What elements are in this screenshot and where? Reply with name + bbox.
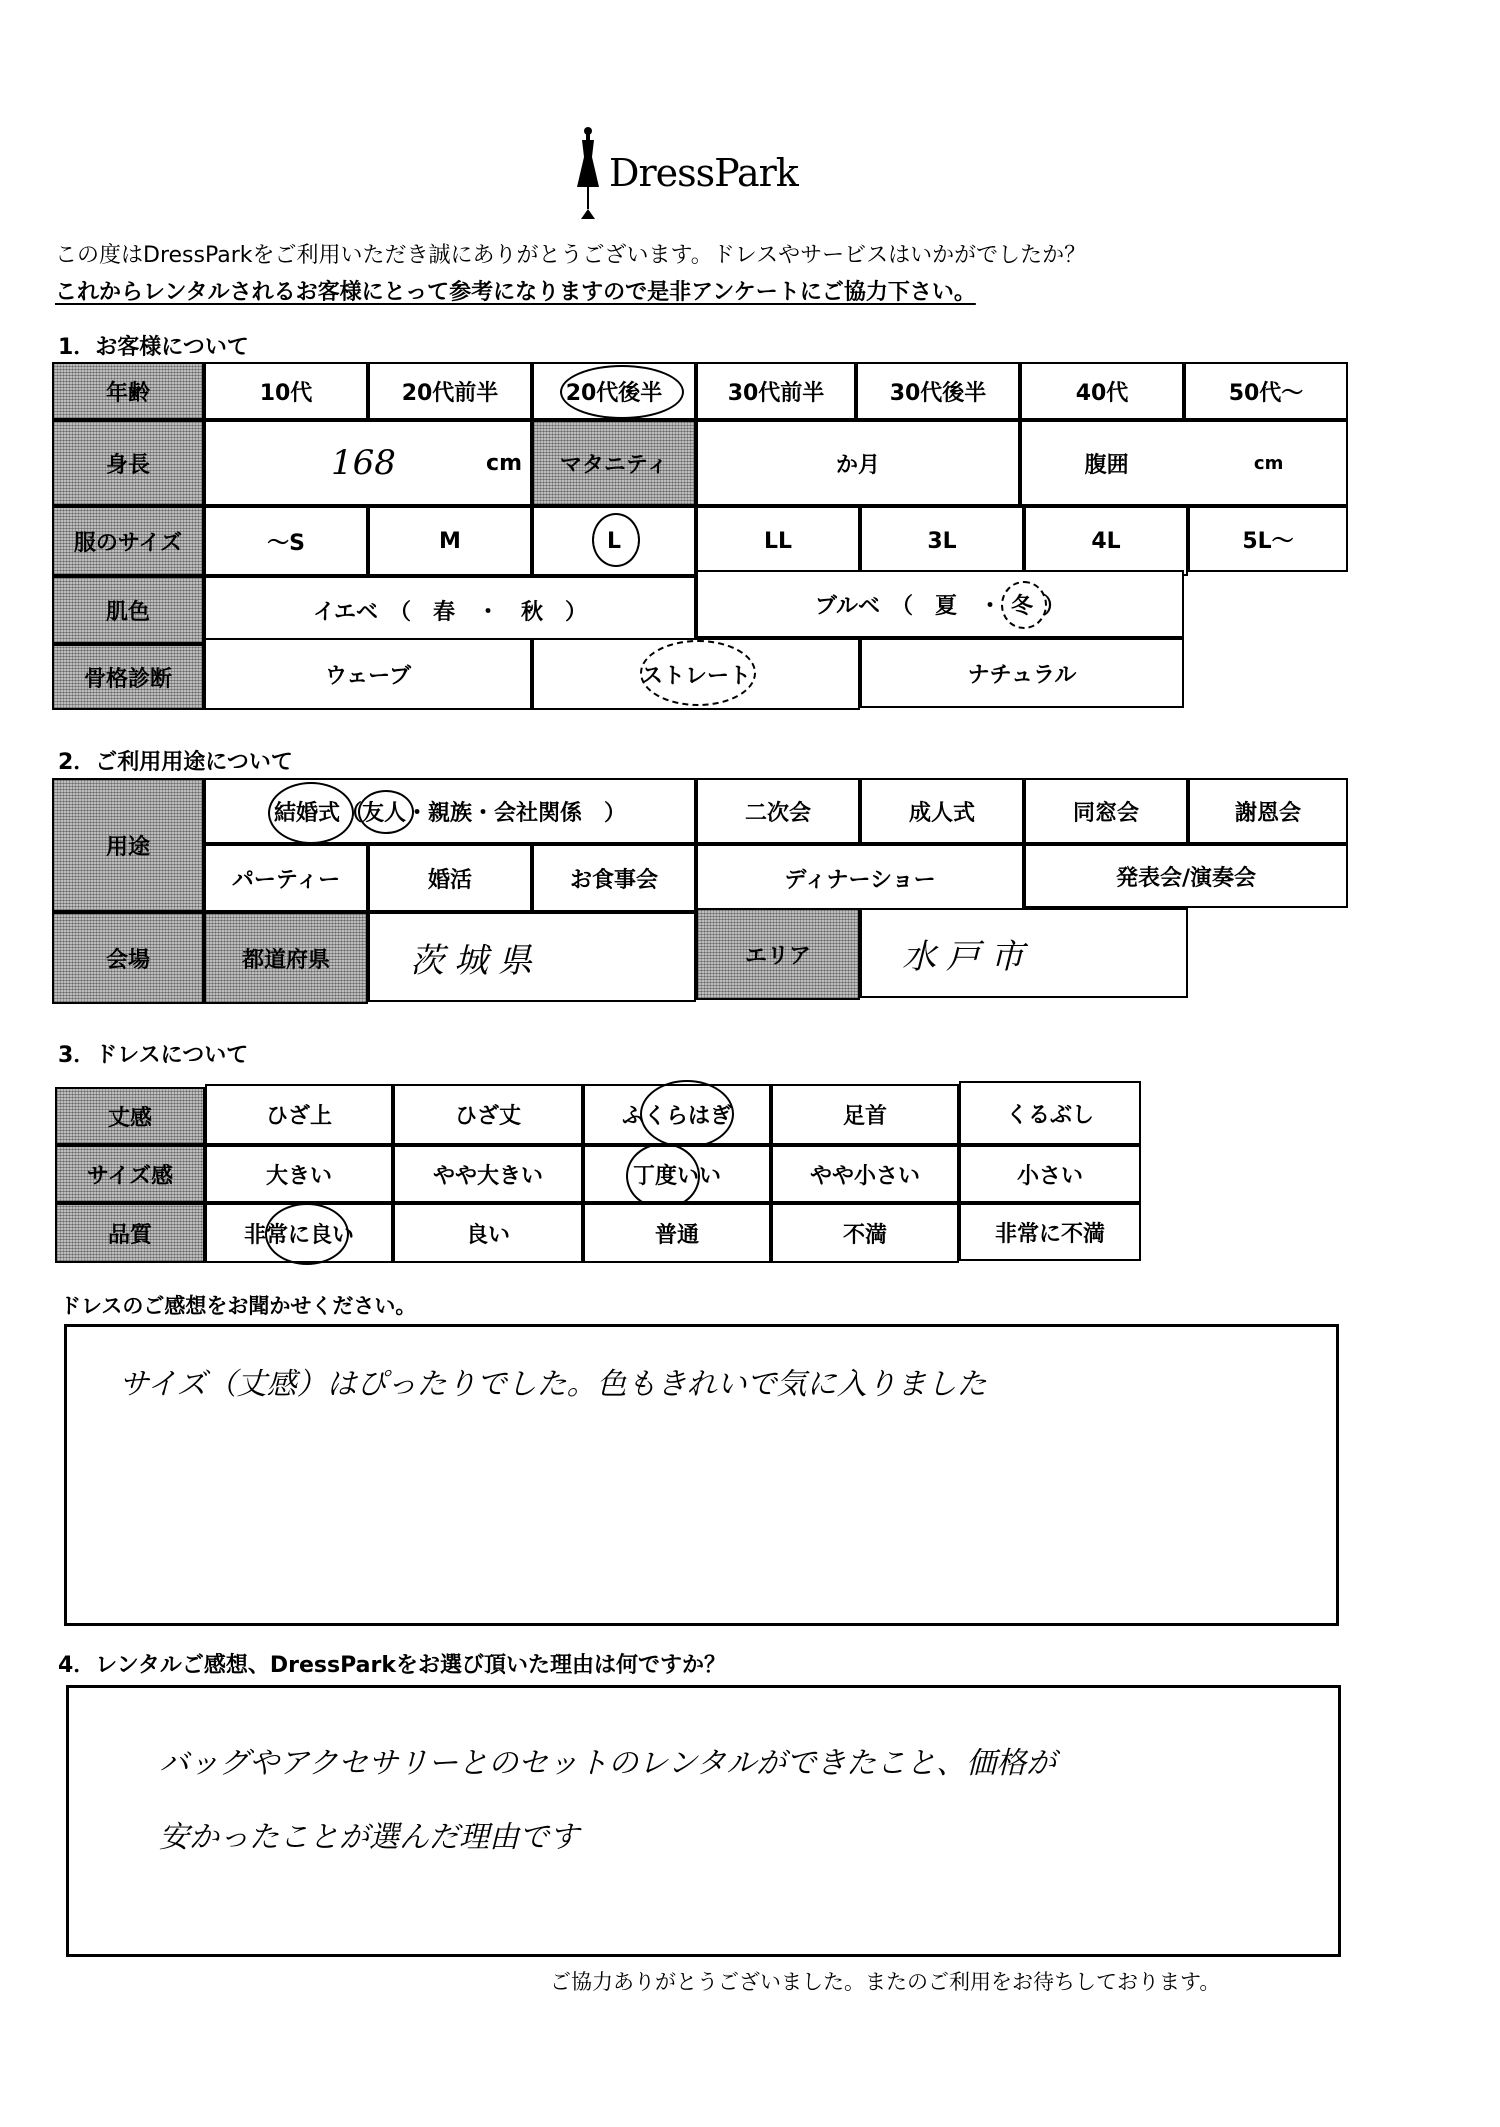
prefecture-field[interactable]: 茨城県 (368, 912, 696, 1002)
skin-winter-selected: 冬 (1011, 589, 1033, 620)
feedback-prompt: ドレスのご感想をお聞かせください。 (60, 1290, 416, 1320)
venue-header: 会場 (52, 912, 204, 1004)
dress-mannequin-icon (575, 125, 601, 220)
purpose-option[interactable]: ディナーショー (696, 844, 1024, 912)
age-header: 年齢 (52, 362, 204, 420)
purpose-option[interactable]: パーティー (204, 844, 368, 912)
purpose-header: 用途 (52, 778, 204, 912)
size-option[interactable]: 4L (1024, 506, 1188, 576)
fit-option-selected[interactable]: 丁度いい (583, 1145, 771, 1203)
size-header: 服のサイズ (52, 506, 204, 576)
age-option[interactable]: 20代前半 (368, 362, 532, 420)
skin-blue-prefix: ブルベ （ 夏 ・ (815, 589, 1001, 620)
area-field[interactable]: 水戸市 (860, 908, 1188, 998)
size-option-selected[interactable]: L (532, 506, 696, 576)
section3-title: 3．ドレスについて (58, 1038, 248, 1069)
purpose-option[interactable]: お食事会 (532, 844, 696, 912)
fit-option[interactable]: やや大きい (393, 1145, 583, 1203)
wedding-rest: ・親族・会社関係 ） (406, 796, 626, 827)
purpose-option[interactable]: 成人式 (860, 778, 1024, 844)
request-text: これからレンタルされるお客様にとって参考になりますので是非アンケートにご協力下さ… (55, 275, 976, 306)
friend-selected: 友人 (362, 796, 406, 827)
friend-label: 友人 (362, 801, 406, 826)
height-value: 168 (331, 443, 396, 483)
purpose-option[interactable]: 二次会 (696, 778, 860, 844)
height-header: 身長 (52, 420, 204, 506)
size-option[interactable]: 3L (860, 506, 1024, 576)
section1-title: 1．お客様について (58, 330, 249, 361)
months-unit: か月 (836, 448, 880, 479)
area-header: エリア (696, 908, 860, 1000)
frame-option[interactable]: ナチュラル (860, 638, 1184, 708)
length-option-selected[interactable]: ふくらはぎ (583, 1084, 771, 1145)
prefecture-header: 都道府県 (204, 912, 368, 1004)
frame-header: 骨格診断 (52, 644, 204, 710)
fit-option[interactable]: やや小さい (771, 1145, 959, 1203)
maternity-header: マタニティ (532, 420, 696, 506)
reason-answer-box[interactable]: バッグやアクセサリーとのセットのレンタルができたこと、価格が 安かったことが選ん… (66, 1685, 1341, 1957)
fit-option[interactable]: 小さい (959, 1145, 1141, 1203)
height-unit: cm (486, 451, 522, 476)
wedding-label: 結婚式 (274, 801, 340, 826)
quality-option[interactable]: 普通 (583, 1203, 771, 1263)
quality-option-selected[interactable]: 非常に良い (205, 1203, 393, 1263)
quality-option[interactable]: 不満 (771, 1203, 959, 1263)
length-option[interactable]: ひざ上 (205, 1084, 393, 1145)
reason-answer-line1: バッグやアクセサリーとのセットのレンタルができたこと、価格が (159, 1738, 1056, 1782)
age-option[interactable]: 40代 (1020, 362, 1184, 420)
length-option[interactable]: ひざ丈 (393, 1084, 583, 1145)
purpose-option[interactable]: 謝恩会 (1188, 778, 1348, 844)
thanks-footer: ご協力ありがとうございました。またのご利用をお待ちしております。 (550, 1966, 1220, 1996)
intro-text: この度はDressParkをご利用いただき誠にありがとうございます。ドレスやサー… (55, 238, 1086, 269)
maternity-months-field[interactable]: か月 (696, 420, 1020, 506)
length-header: 丈感 (55, 1087, 205, 1145)
fit-header: サイズ感 (55, 1145, 205, 1203)
skin-blue-option[interactable]: ブルベ （ 夏 ・ 冬 ） (696, 570, 1184, 638)
waist-field[interactable]: 腹囲 cm (1020, 420, 1348, 506)
size-option[interactable]: 5L～ (1188, 506, 1348, 572)
height-field[interactable]: 168 cm (204, 420, 532, 506)
prefecture-value: 茨城県 (410, 933, 542, 982)
fit-option[interactable]: 大きい (205, 1145, 393, 1203)
reason-answer-line2: 安かったことが選んだ理由です (159, 1812, 579, 1856)
dress-feedback-text: サイズ（丈感）はぴったりでした。色もきれいで気に入りました (119, 1359, 987, 1403)
quality-option[interactable]: 良い (393, 1203, 583, 1263)
section4-title: 4．レンタルご感想、DressParkをお選び頂いた理由は何ですか？ (58, 1648, 726, 1679)
age-option[interactable]: 30代後半 (856, 362, 1020, 420)
frame-option-selected[interactable]: ストレート (532, 638, 860, 710)
purpose-option[interactable]: 発表会/演奏会 (1024, 844, 1348, 908)
size-option[interactable]: ～S (204, 506, 368, 576)
wedding-selected: 結婚式 (274, 796, 340, 827)
age-option[interactable]: 50代～ (1184, 362, 1348, 420)
size-option[interactable]: M (368, 506, 532, 576)
purpose-wedding-option[interactable]: 結婚式 （ 友人 ・親族・会社関係 ） (204, 778, 696, 844)
waist-unit: cm (1254, 453, 1283, 474)
frame-option[interactable]: ウェーブ (204, 638, 532, 710)
brand-logo: DressPark (575, 125, 798, 220)
size-option[interactable]: LL (696, 506, 860, 576)
purpose-option[interactable]: 婚活 (368, 844, 532, 912)
skin-blue-suffix: ） (1043, 589, 1065, 620)
dress-feedback-box[interactable]: サイズ（丈感）はぴったりでした。色もきれいで気に入りました (64, 1324, 1339, 1626)
age-option-selected[interactable]: 20代後半 (532, 362, 696, 420)
paren-open: （ (340, 796, 362, 827)
section2-title: 2．ご利用用途について (58, 745, 293, 776)
age-option[interactable]: 10代 (204, 362, 368, 420)
skin-winter-label: 冬 (1011, 594, 1033, 619)
brand-name: DressPark (609, 151, 798, 195)
skin-yellow-option[interactable]: イエベ （ 春 ・ 秋 ） (204, 576, 696, 644)
area-value: 水戸市 (902, 929, 1034, 978)
length-option[interactable]: くるぶし (959, 1081, 1141, 1145)
purpose-option[interactable]: 同窓会 (1024, 778, 1188, 844)
waist-label: 腹囲 (1085, 448, 1129, 479)
quality-header: 品質 (55, 1203, 205, 1263)
age-option[interactable]: 30代前半 (696, 362, 856, 420)
skin-header: 肌色 (52, 576, 204, 644)
length-option[interactable]: 足首 (771, 1084, 959, 1145)
quality-option[interactable]: 非常に不満 (959, 1203, 1141, 1261)
